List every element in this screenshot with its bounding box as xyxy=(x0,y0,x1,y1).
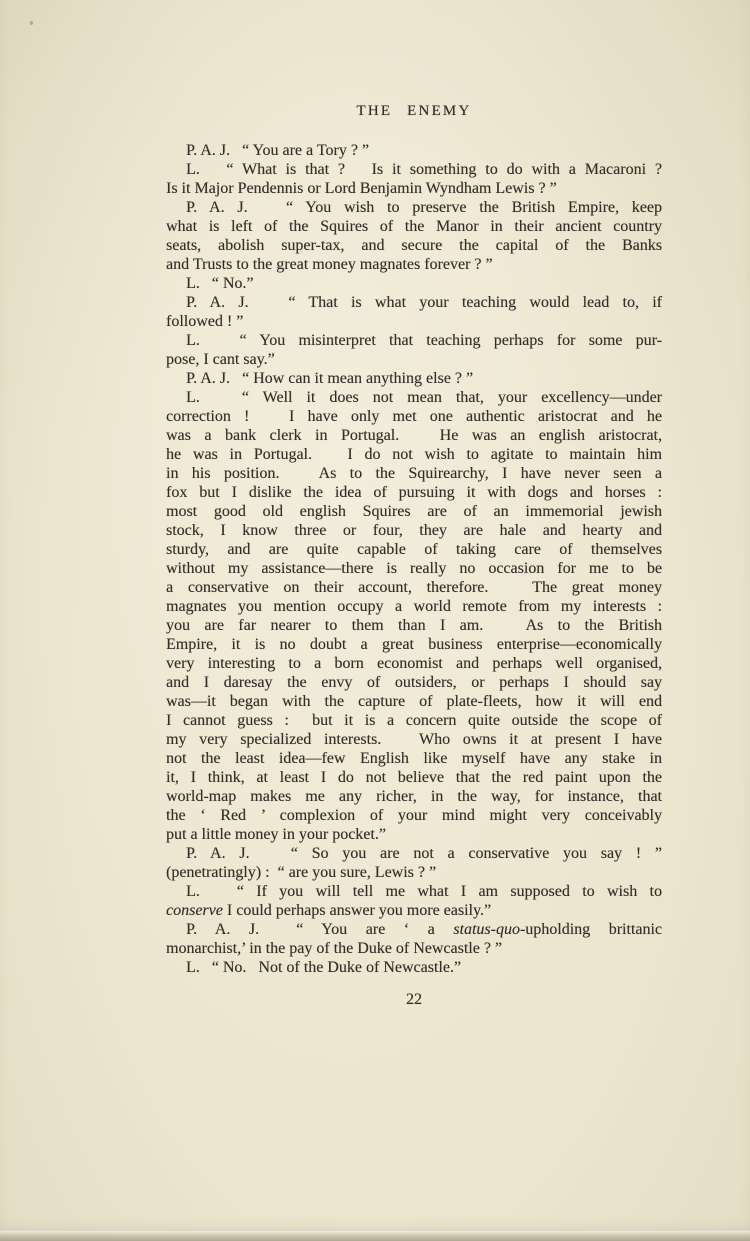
text-line: stock, I know three or four, they are ha… xyxy=(166,521,662,540)
text-line: L. “ No.” xyxy=(166,274,662,293)
text-segment: seats, abolish super-tax, and secure the… xyxy=(166,237,662,254)
text-line: P. A. J. “ How can it mean anything else… xyxy=(166,369,662,388)
book-page-scan: THE ENEMY P. A. J. “ You are a Tory ? ”L… xyxy=(0,0,750,1241)
text-segment: it, I think, at least I do not believe t… xyxy=(166,769,662,786)
text-segment: P. A. J. “ So you are not a conservative… xyxy=(186,845,662,862)
text-line: Empire, it is no doubt a great business … xyxy=(166,635,662,654)
text-line: world-map makes me any richer, in the wa… xyxy=(166,787,662,806)
text-segment: -upholding brittanic xyxy=(520,921,662,938)
text-line: P. A. J. “ So you are not a conservative… xyxy=(166,844,662,863)
text-segment: L. “ You misinterpret that teaching perh… xyxy=(186,332,662,349)
text-line: I cannot guess : but it is a concern qui… xyxy=(166,711,662,730)
text-line: conserve I could perhaps answer you more… xyxy=(166,901,662,920)
text-line: seats, abolish super-tax, and secure the… xyxy=(166,236,662,255)
body-text: P. A. J. “ You are a Tory ? ”L. “ What i… xyxy=(166,141,662,977)
text-segment: in his position. As to the Squirearchy, … xyxy=(166,465,662,482)
text-line: it, I think, at least I do not believe t… xyxy=(166,768,662,787)
text-segment: Is it Major Pendennis or Lord Benjamin W… xyxy=(166,180,557,197)
text-segment: and Trusts to the great money magnates f… xyxy=(166,256,493,273)
text-segment: my very specialized interests. Who owns … xyxy=(166,731,662,748)
scan-artifact-speck xyxy=(30,21,33,25)
text-line: what is left of the Squires of the Manor… xyxy=(166,217,662,236)
text-segment: world-map makes me any richer, in the wa… xyxy=(166,788,662,805)
text-line: monarchist,’ in the pay of the Duke of N… xyxy=(166,939,662,958)
text-segment: very interesting to a born economist and… xyxy=(166,655,662,672)
text-segment: L. “ What is that ? Is it something to d… xyxy=(186,161,662,178)
text-segment: was—it began with the capture of plate-f… xyxy=(166,693,662,710)
text-segment: not the least idea—few English like myse… xyxy=(166,750,662,767)
text-segment: correction ! I have only met one authent… xyxy=(166,408,662,425)
italic-text-segment: conserve xyxy=(166,902,223,919)
text-segment: (penetratingly) : “ are you sure, Lewis … xyxy=(166,864,436,881)
text-line: Is it Major Pendennis or Lord Benjamin W… xyxy=(166,179,662,198)
text-segment: L. “ No.” xyxy=(186,275,254,292)
text-line: most good old english Squires are of an … xyxy=(166,502,662,521)
text-line: L. “ You misinterpret that teaching perh… xyxy=(166,331,662,350)
text-line: a conservative on their account, therefo… xyxy=(166,578,662,597)
text-segment: P. A. J. “ You are ‘ a xyxy=(186,921,453,938)
text-line: sturdy, and are quite capable of taking … xyxy=(166,540,662,559)
page-bottom-edge xyxy=(0,1230,750,1241)
text-line: magnates you mention occupy a world remo… xyxy=(166,597,662,616)
text-segment: he was in Portugal. I do not wish to agi… xyxy=(166,446,662,463)
text-line: he was in Portugal. I do not wish to agi… xyxy=(166,445,662,464)
text-segment: pose, I cant say.” xyxy=(166,351,275,368)
text-line: my very specialized interests. Who owns … xyxy=(166,730,662,749)
text-segment: I could perhaps answer you more easily.” xyxy=(223,902,491,919)
text-line: in his position. As to the Squirearchy, … xyxy=(166,464,662,483)
text-segment: monarchist,’ in the pay of the Duke of N… xyxy=(166,940,502,957)
text-segment: you are far nearer to them than I am. As… xyxy=(166,617,662,634)
text-segment: put a little money in your pocket.” xyxy=(166,826,386,843)
text-line: L. “ No. Not of the Duke of Newcastle.” xyxy=(166,958,662,977)
text-line: was a bank clerk in Portugal. He was an … xyxy=(166,426,662,445)
text-line: L. “ Well it does not mean that, your ex… xyxy=(166,388,662,407)
text-line: P. A. J. “ You wish to preserve the Brit… xyxy=(166,198,662,217)
text-line: the ‘ Red ’ complexion of your mind migh… xyxy=(166,806,662,825)
text-line: pose, I cant say.” xyxy=(166,350,662,369)
running-header: THE ENEMY xyxy=(166,103,662,120)
text-line: was—it began with the capture of plate-f… xyxy=(166,692,662,711)
text-line: followed ! ” xyxy=(166,312,662,331)
text-segment: Empire, it is no doubt a great business … xyxy=(166,636,662,653)
italic-text-segment: status-quo xyxy=(453,921,520,938)
text-line: L. “ If you will tell me what I am suppo… xyxy=(166,882,662,901)
text-line: correction ! I have only met one authent… xyxy=(166,407,662,426)
text-segment: a conservative on their account, therefo… xyxy=(166,579,662,596)
text-line: put a little money in your pocket.” xyxy=(166,825,662,844)
text-segment: P. A. J. “ How can it mean anything else… xyxy=(186,370,473,387)
text-segment: the ‘ Red ’ complexion of your mind migh… xyxy=(166,807,662,824)
text-segment: P. A. J. “ That is what your teaching wo… xyxy=(186,294,662,311)
text-segment: what is left of the Squires of the Manor… xyxy=(166,218,662,235)
text-segment: and I daresay the envy of outsiders, or … xyxy=(166,674,662,691)
text-line: very interesting to a born economist and… xyxy=(166,654,662,673)
text-segment: P. A. J. “ You are a Tory ? ” xyxy=(186,142,369,159)
text-segment: L. “ Well it does not mean that, your ex… xyxy=(186,389,662,406)
text-line: you are far nearer to them than I am. As… xyxy=(166,616,662,635)
text-line: P. A. J. “ You are a Tory ? ” xyxy=(166,141,662,160)
text-line: L. “ What is that ? Is it something to d… xyxy=(166,160,662,179)
text-segment: P. A. J. “ You wish to preserve the Brit… xyxy=(186,199,662,216)
text-line: and Trusts to the great money magnates f… xyxy=(166,255,662,274)
text-line: without my assistance—there is really no… xyxy=(166,559,662,578)
page-number: 22 xyxy=(166,991,662,1009)
text-line: P. A. J. “ You are ‘ a status-quo-uphold… xyxy=(166,920,662,939)
text-line: not the least idea—few English like myse… xyxy=(166,749,662,768)
text-line: fox but I dislike the idea of pursuing i… xyxy=(166,483,662,502)
text-segment: L. “ If you will tell me what I am suppo… xyxy=(186,883,662,900)
text-line: and I daresay the envy of outsiders, or … xyxy=(166,673,662,692)
text-line: P. A. J. “ That is what your teaching wo… xyxy=(166,293,662,312)
text-segment: fox but I dislike the idea of pursuing i… xyxy=(166,484,662,501)
text-segment: stock, I know three or four, they are ha… xyxy=(166,522,662,539)
text-segment: magnates you mention occupy a world remo… xyxy=(166,598,662,615)
text-segment: followed ! ” xyxy=(166,313,243,330)
text-segment: most good old english Squires are of an … xyxy=(166,503,662,520)
text-line: (penetratingly) : “ are you sure, Lewis … xyxy=(166,863,662,882)
text-segment: I cannot guess : but it is a concern qui… xyxy=(166,712,662,729)
text-segment: sturdy, and are quite capable of taking … xyxy=(166,541,662,558)
text-segment: without my assistance—there is really no… xyxy=(166,560,662,577)
text-segment: L. “ No. Not of the Duke of Newcastle.” xyxy=(186,959,461,976)
text-segment: was a bank clerk in Portugal. He was an … xyxy=(166,427,662,444)
